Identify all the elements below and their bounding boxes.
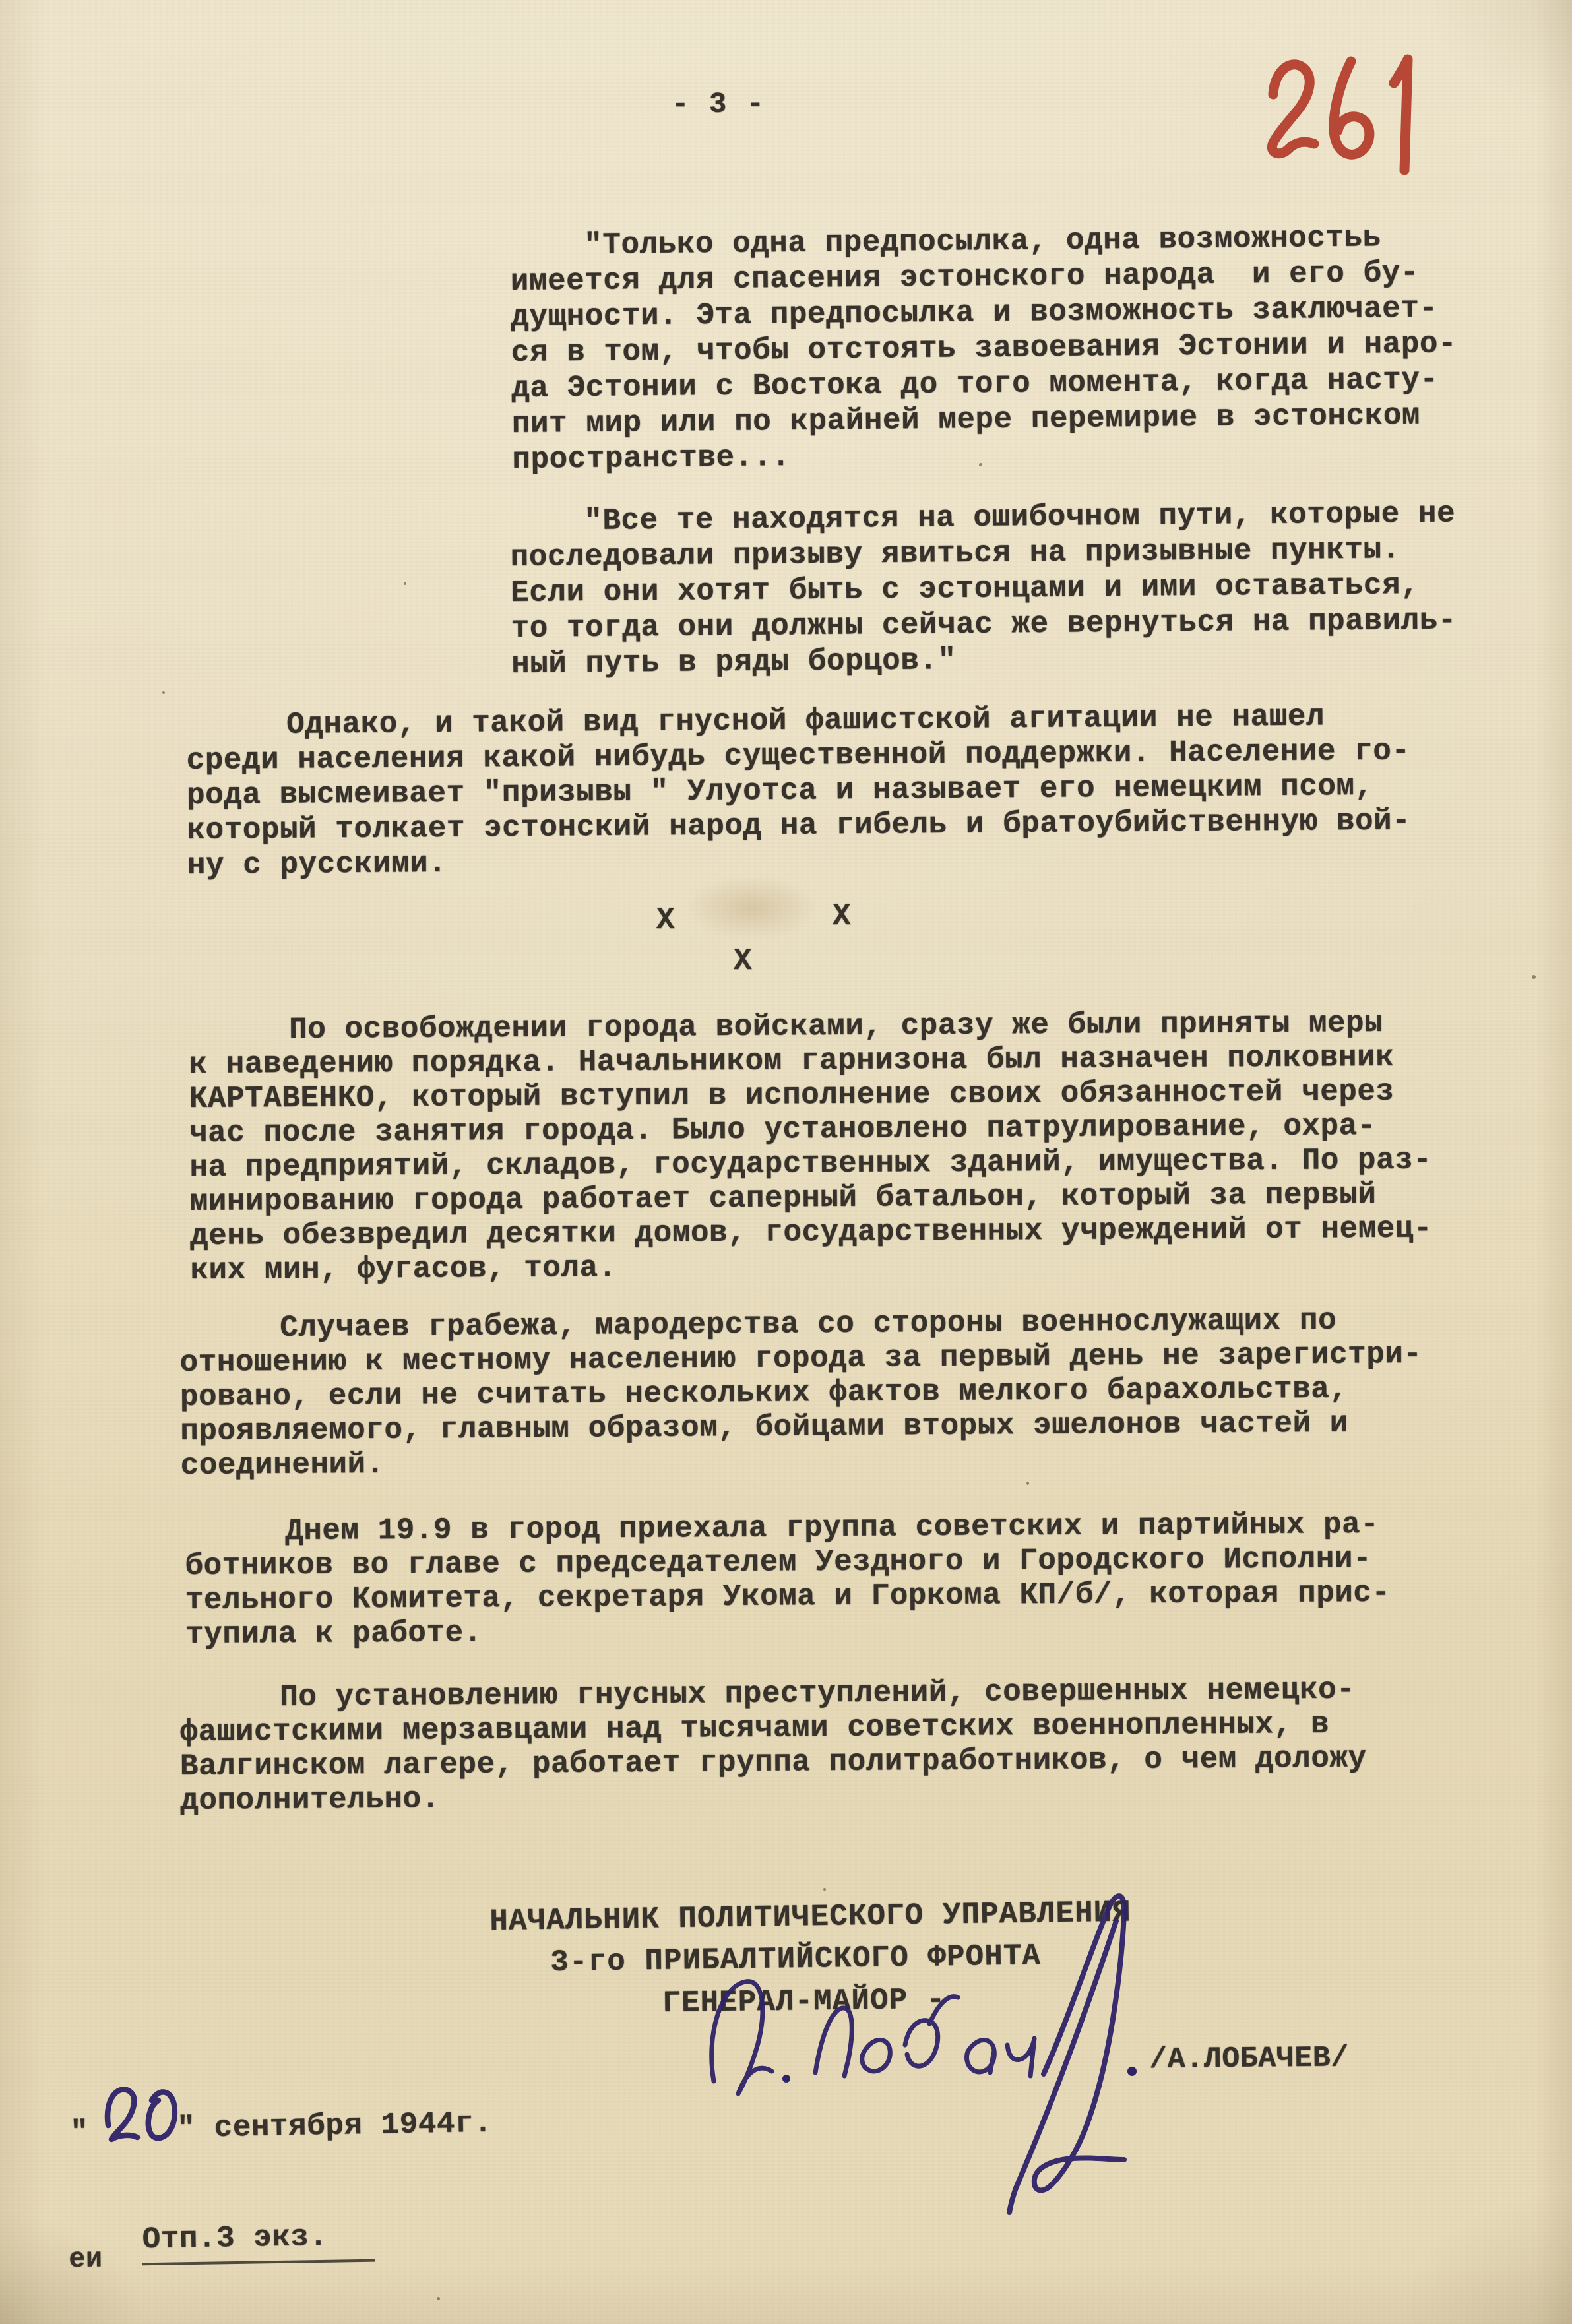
- section-separator-x-right: Х: [833, 898, 851, 934]
- paper-speck: [437, 2297, 440, 2300]
- body-paragraph-2: По освобождении города войсками, сразу ж…: [189, 1005, 1433, 1287]
- paper-speck: [404, 582, 406, 585]
- paper-stain: [686, 876, 818, 939]
- red-folio-number-handwritten: [1253, 38, 1431, 183]
- date-quote-open: ": [70, 2115, 89, 2151]
- date-text: " сентября 1944г.: [177, 2106, 493, 2147]
- signature-autograph-ink: [686, 1873, 1201, 2243]
- typist-initials: еи: [69, 2242, 103, 2277]
- body-paragraph-5: По установлению гнусных преступлений, со…: [179, 1672, 1367, 1818]
- typed-line: тупила к работе.: [185, 1610, 1391, 1652]
- quoted-paragraph-1: "Только одна предпосылка, одна возможнос…: [510, 219, 1458, 478]
- typed-line: дополнительно.: [180, 1775, 1367, 1818]
- paper-speck: [1026, 1482, 1029, 1485]
- signer-typed-name: /А.ЛОБАЧЕВ/: [1149, 2040, 1349, 2078]
- body-paragraph-3: Случаев грабежа, мародерства со стороны …: [179, 1303, 1423, 1483]
- body-paragraph-4: Днем 19.9 в город приехала группа советс…: [185, 1507, 1391, 1652]
- section-separator-x-bottom: Х: [734, 943, 752, 979]
- paper-speck: [979, 463, 982, 466]
- page-number: - 3 -: [672, 87, 765, 123]
- paper-speck: [1347, 617, 1350, 620]
- paper-speck: [162, 691, 165, 694]
- handwritten-day-ink: [98, 2073, 180, 2149]
- typed-line: ный путь в ряды борцов.": [511, 638, 1457, 682]
- copies-note-text: Отп.3 экз.: [142, 2218, 375, 2266]
- paper-speck: [1532, 975, 1536, 979]
- section-separator-x-left: Х: [656, 902, 675, 938]
- copies-note: Отп.3 экз.: [67, 2183, 376, 2302]
- paper-speck: [823, 1888, 826, 1891]
- body-paragraph-1: Однако, и такой вид гнусной фашистской а…: [186, 699, 1411, 883]
- typed-line: ких мин, фугасов, тола.: [190, 1245, 1432, 1288]
- quoted-paragraph-2: "Все те находятся на ошибочном пути, кот…: [510, 495, 1457, 681]
- scanned-document-page: - 3 - "Только одна предпосылка, одна воз…: [0, 0, 1572, 2324]
